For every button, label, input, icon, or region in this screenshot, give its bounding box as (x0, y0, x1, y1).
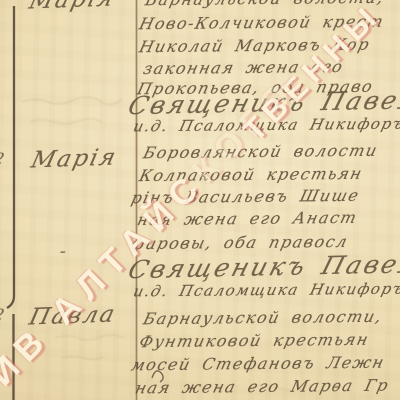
psalmist-signature: и.д. Псаломщика Никифоръ (132, 280, 400, 301)
record-line: мосей Стефановъ Лежн (129, 353, 387, 375)
priest-signature: Священикъ Павелъ (125, 249, 400, 284)
record-line: ная жена его Марѳа Гр (133, 376, 391, 398)
record-line: Барнаульской волости, (141, 307, 384, 328)
name-entry-middle: Марія (29, 145, 120, 174)
left-rule-upper (7, 6, 14, 308)
scanned-register-page: { "watermark": { "segment_main": "ИВ АЛТ… (0, 0, 400, 400)
record-line: Фунтиковой крестьян (137, 330, 371, 351)
